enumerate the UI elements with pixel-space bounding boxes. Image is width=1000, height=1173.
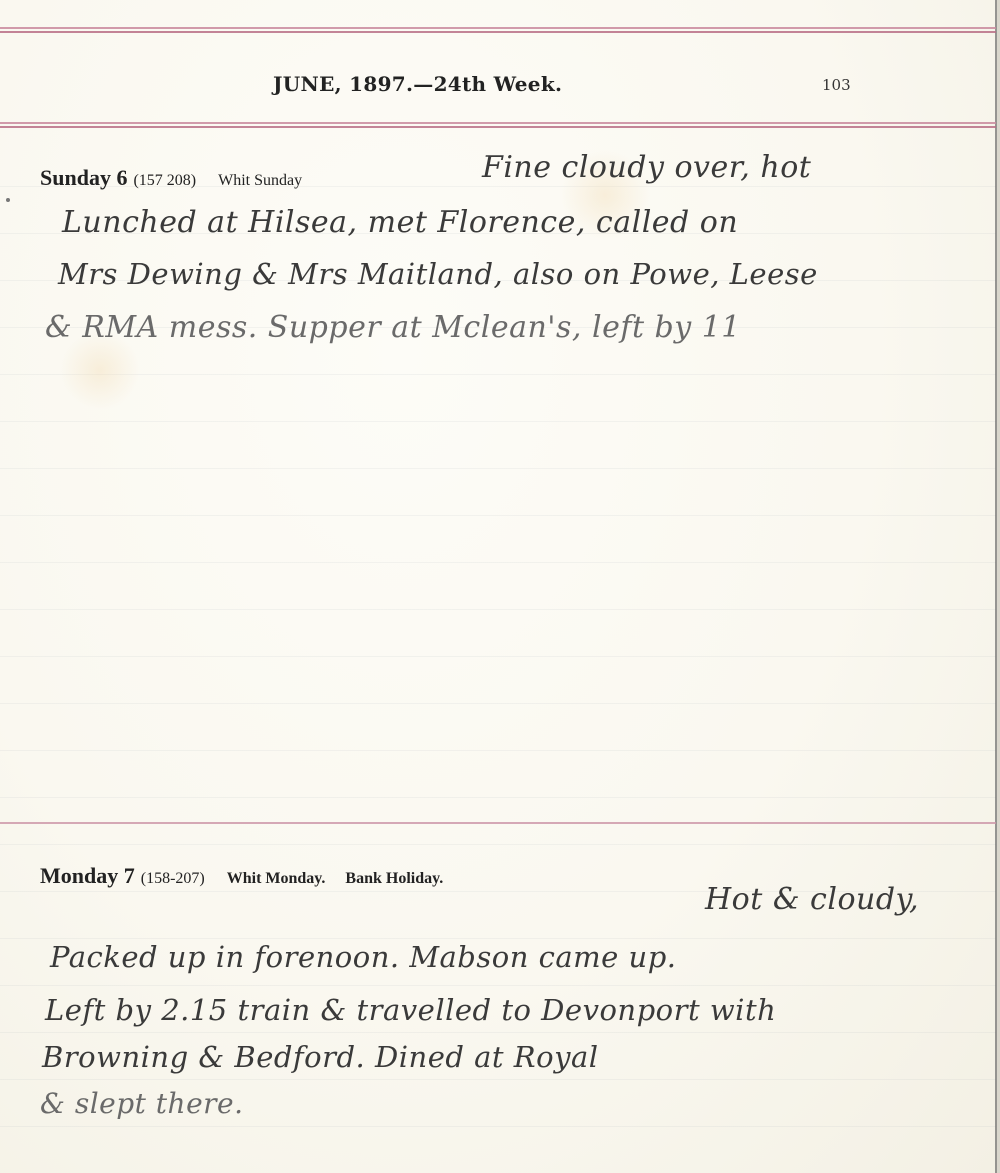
handwritten-line: Mrs Dewing & Mrs Maitland, also on Powe,…	[58, 257, 818, 291]
handwritten-line: Fine cloudy over, hot	[482, 150, 811, 185]
day-name: Monday 7	[40, 863, 135, 888]
day-note: Whit Sunday	[218, 172, 302, 189]
handwritten-line: Hot & cloudy,	[705, 882, 919, 917]
header-top-rule	[0, 27, 996, 33]
day-note: Whit Monday.	[227, 870, 326, 887]
day-heading-monday: Monday 7(158-207)Whit Monday.Bank Holida…	[40, 863, 443, 889]
day-divider	[0, 822, 996, 824]
day-name: Sunday 6	[40, 165, 127, 190]
page-number: 103	[822, 76, 851, 94]
day-count: (157 208)	[133, 172, 196, 189]
ink-dot	[6, 198, 10, 202]
handwritten-line: Left by 2.15 train & travelled to Devonp…	[45, 993, 776, 1027]
day-note: Bank Holiday.	[345, 870, 443, 887]
header-bottom-rule	[0, 122, 996, 128]
handwritten-line: Browning & Bedford. Dined at Royal	[42, 1040, 599, 1074]
handwritten-line: Packed up in forenoon. Mabson came up.	[50, 940, 676, 974]
day-count: (158-207)	[141, 870, 205, 887]
handwritten-line: & slept there.	[40, 1087, 244, 1120]
page-title: JUNE, 1897.—24th Week.	[273, 72, 562, 96]
day-heading-sunday: Sunday 6(157 208)Whit Sunday	[40, 165, 302, 191]
handwritten-line: Lunched at Hilsea, met Florence, called …	[62, 205, 738, 240]
handwritten-line: & RMA mess. Supper at Mclean's, left by …	[45, 310, 741, 345]
diary-page: JUNE, 1897.—24th Week. 103 Sunday 6(157 …	[0, 0, 1000, 1173]
